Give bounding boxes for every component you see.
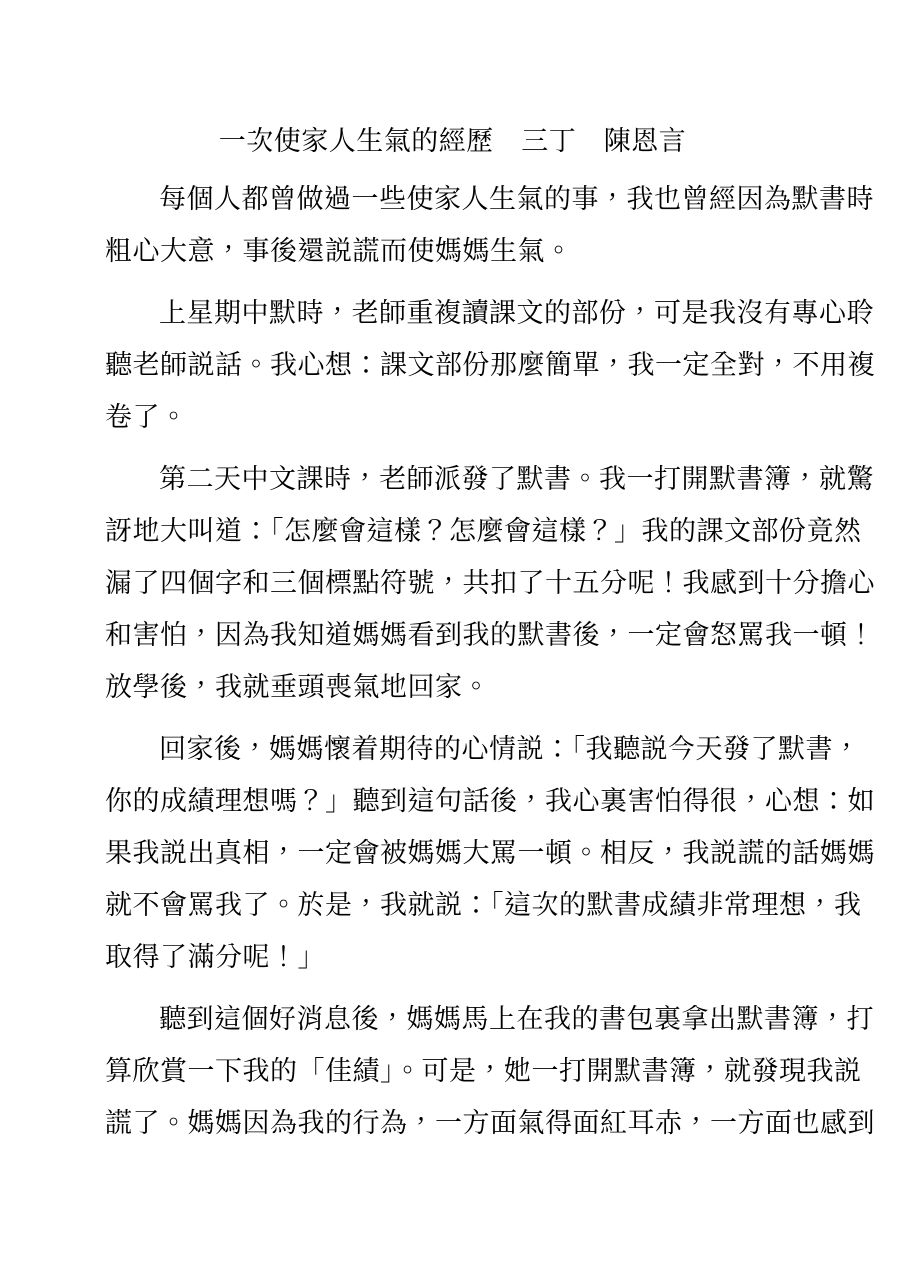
essay-title: 一次使家人生氣的經歷 三丁 陳恩言 bbox=[105, 115, 800, 167]
text-line: 卷了。 bbox=[105, 391, 800, 443]
text-line: 取得了滿分呢！」 bbox=[105, 931, 800, 983]
text-line: 漏了四個字和三個標點符號，共扣了十五分呢！我感到十分擔心 bbox=[105, 557, 800, 609]
paragraph: 每個人都曾做過一些使家人生氣的事，我也曾經因為默書時 粗心大意，事後還説謊而使媽… bbox=[105, 173, 800, 277]
text-line: 回家後，媽媽懷着期待的心情説：「我聽説今天發了默書， bbox=[105, 723, 800, 775]
text-line: 第二天中文課時，老師派發了默書。我一打開默書簿，就驚 bbox=[105, 453, 800, 505]
text-line: 粗心大意，事後還説謊而使媽媽生氣。 bbox=[105, 225, 800, 277]
paragraph: 聽到這個好消息後，媽媽馬上在我的書包裏拿出默書簿，打 算欣賞一下我的「佳績」。可… bbox=[105, 993, 800, 1149]
text-line: 和害怕，因為我知道媽媽看到我的默書後，一定會怒罵我一頓！ bbox=[105, 609, 800, 661]
text-line: 謊了。媽媽因為我的行為，一方面氣得面紅耳赤，一方面也感到 bbox=[105, 1097, 800, 1149]
essay-content: 一次使家人生氣的經歷 三丁 陳恩言 每個人都曾做過一些使家人生氣的事，我也曾經因… bbox=[105, 115, 800, 1159]
text-line: 上星期中默時，老師重複讀課文的部份，可是我沒有專心聆 bbox=[105, 287, 800, 339]
text-line: 你的成績理想嗎？」聽到這句話後，我心裏害怕得很，心想：如 bbox=[105, 775, 800, 827]
document-page: 一次使家人生氣的經歷 三丁 陳恩言 每個人都曾做過一些使家人生氣的事，我也曾經因… bbox=[0, 0, 905, 1280]
text-line: 訝地大叫道：「怎麼會這樣？怎麼會這樣？」我的課文部份竟然 bbox=[105, 505, 800, 557]
text-line: 就不會罵我了。於是，我就説：「這次的默書成績非常理想，我 bbox=[105, 879, 800, 931]
text-line: 聽老師説話。我心想：課文部份那麼簡單，我一定全對，不用複 bbox=[105, 339, 800, 391]
text-line: 果我説出真相，一定會被媽媽大罵一頓。相反，我説謊的話媽媽 bbox=[105, 827, 800, 879]
paragraph: 上星期中默時，老師重複讀課文的部份，可是我沒有專心聆 聽老師説話。我心想：課文部… bbox=[105, 287, 800, 443]
text-line: 放學後，我就垂頭喪氣地回家。 bbox=[105, 661, 800, 713]
paragraph: 回家後，媽媽懷着期待的心情説：「我聽説今天發了默書， 你的成績理想嗎？」聽到這句… bbox=[105, 723, 800, 983]
text-line: 算欣賞一下我的「佳績」。可是，她一打開默書簿，就發現我説 bbox=[105, 1045, 800, 1097]
paragraph: 第二天中文課時，老師派發了默書。我一打開默書簿，就驚 訝地大叫道：「怎麼會這樣？… bbox=[105, 453, 800, 713]
text-line: 每個人都曾做過一些使家人生氣的事，我也曾經因為默書時 bbox=[105, 173, 800, 225]
text-line: 聽到這個好消息後，媽媽馬上在我的書包裏拿出默書簿，打 bbox=[105, 993, 800, 1045]
